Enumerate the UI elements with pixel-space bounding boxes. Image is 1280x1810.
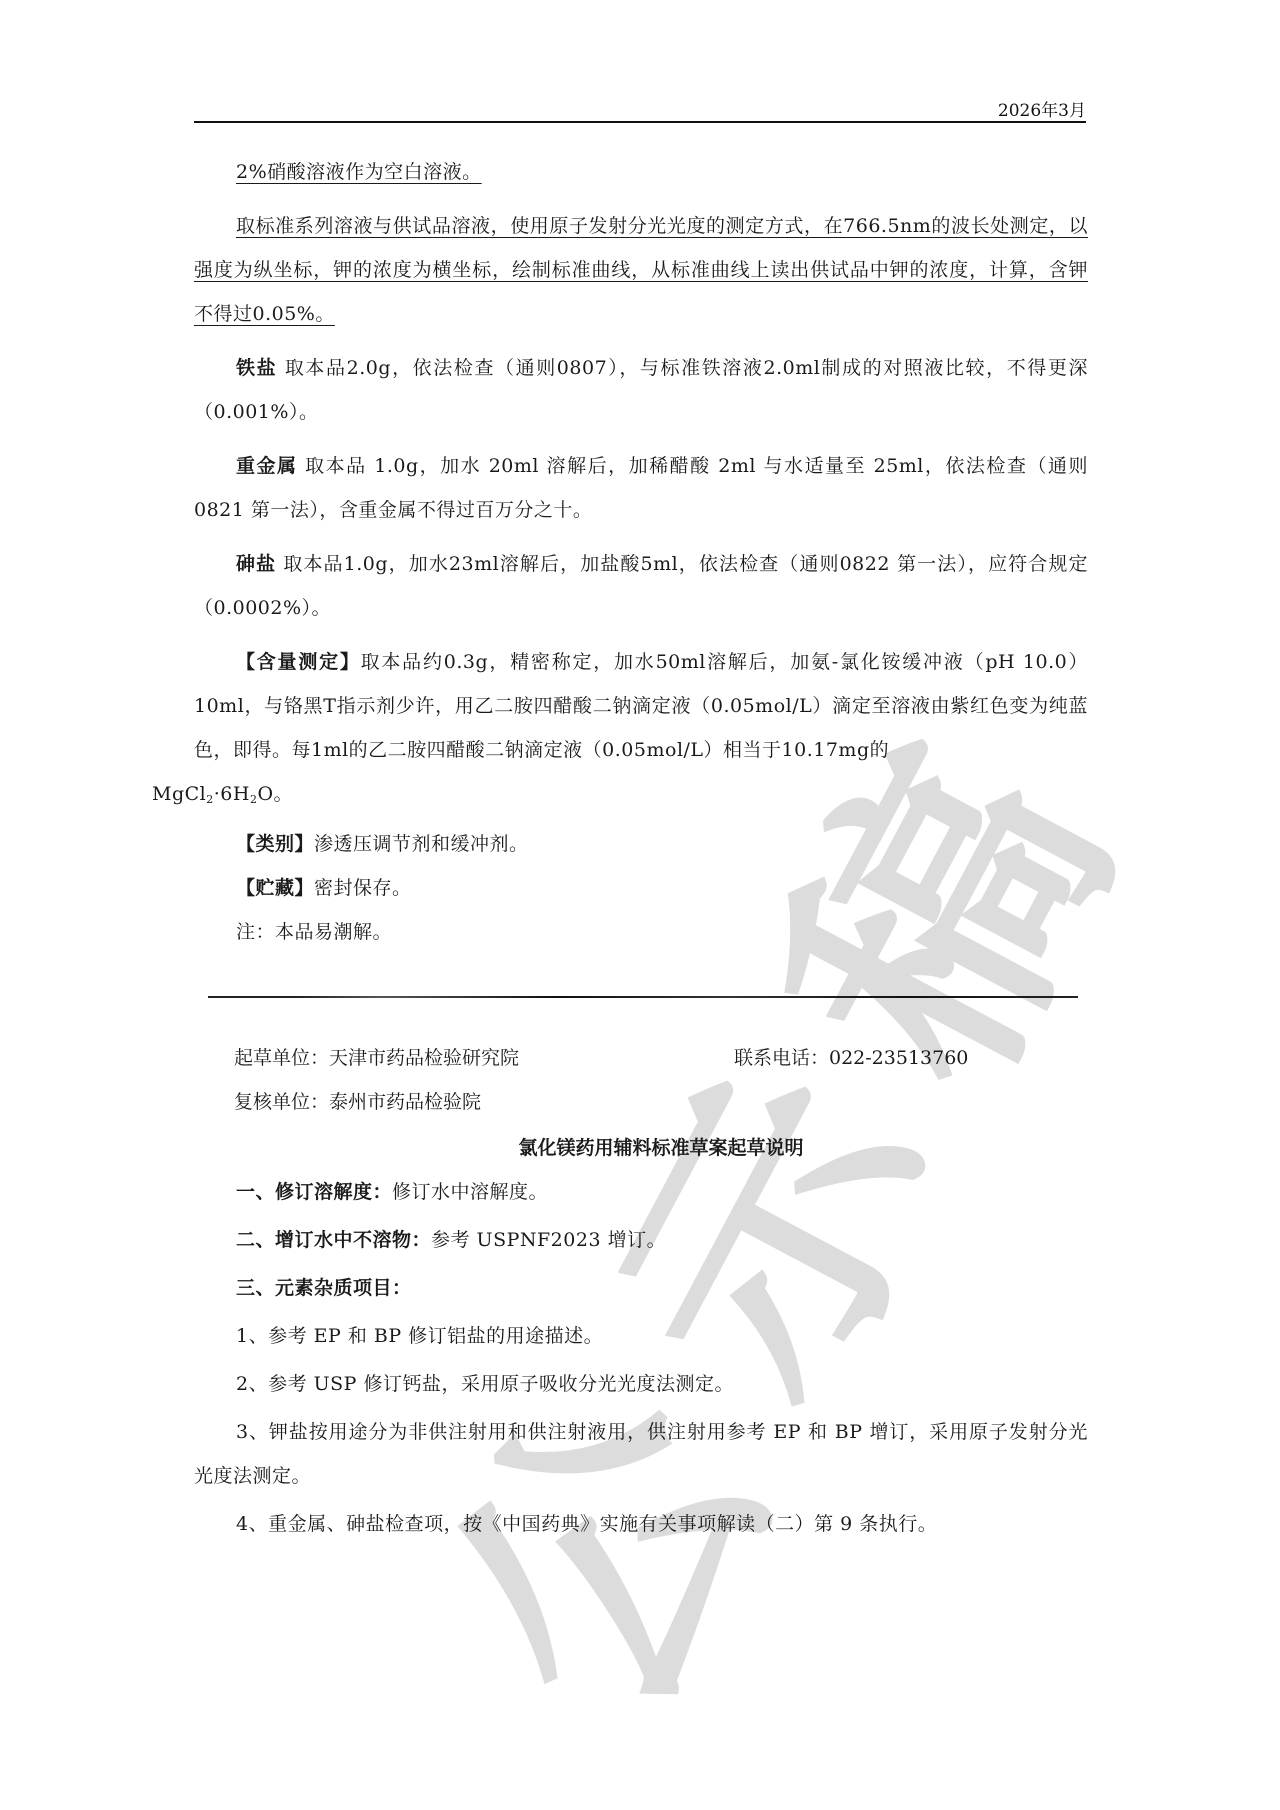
assay-formula: MgCl2·6H2O。 — [152, 772, 293, 822]
storage-text: 密封保存。 — [314, 877, 412, 899]
drafter-row: 起草单位：天津市药品检验研究院 联系电话：022-23513760 — [234, 1036, 1094, 1080]
header-date: 2026年3月 — [998, 96, 1086, 121]
arsenic-text: 取本品1.0g，加水23ml溶解后，加盐酸5ml，依法检查（通则0822 第一法… — [194, 553, 1088, 619]
heavy-metals-text: 取本品 1.0g，加水 20ml 溶解后，加稀醋酸 2ml 与水适量至 25ml… — [194, 455, 1088, 521]
explanation-subitem: 2、参考 USP 修订钙盐，采用原子吸收分光光度法测定。 — [194, 1362, 1088, 1406]
category-text: 渗透压调节剂和缓冲剂。 — [314, 833, 529, 855]
arsenic-paragraph: 砷盐 取本品1.0g，加水23ml溶解后，加盐酸5ml，依法检查（通则0822 … — [194, 542, 1088, 630]
explanation-subitem: 4、重金属、砷盐检查项，按《中国药典》实施有关事项解读（二）第 9 条执行。 — [194, 1502, 1088, 1546]
explanation-item: 三、元素杂质项目： — [194, 1266, 1088, 1310]
reviewer-row: 复核单位：泰州市药品检验院 — [234, 1080, 1094, 1124]
document-page: 2026年3月 公示稿 2%硝酸溶液作为空白溶液。 取标准系列溶液与供试品溶液，… — [0, 0, 1280, 1810]
explanation-item: 一、修订溶解度：修订水中溶解度。 — [194, 1170, 1088, 1214]
note-paragraph: 注：本品易潮解。 — [194, 910, 1088, 954]
section-divider — [208, 996, 1078, 998]
drafter-unit: 起草单位：天津市药品检验研究院 — [234, 1047, 519, 1069]
assay-label: 【含量测定】 — [236, 651, 361, 673]
explanation-subitem: 1、参考 EP 和 BP 修订铝盐的用途描述。 — [194, 1314, 1088, 1358]
note-text: 注：本品易潮解。 — [236, 921, 392, 943]
potassium-method-paragraph: 取标准系列溶液与供试品溶液，使用原子发射分光光度的测定方式，在766.5nm的波… — [194, 204, 1088, 336]
iron-salt-paragraph: 铁盐 取本品2.0g，依法检查（通则0807），与标准铁溶液2.0ml制成的对照… — [194, 346, 1088, 434]
iron-salt-text: 取本品2.0g，依法检查（通则0807），与标准铁溶液2.0ml制成的对照液比较… — [194, 357, 1088, 423]
reviewer-unit: 复核单位：泰州市药品检验院 — [234, 1091, 481, 1113]
storage-paragraph: 【贮藏】密封保存。 — [194, 866, 1088, 910]
category-paragraph: 【类别】渗透压调节剂和缓冲剂。 — [194, 822, 1088, 866]
contact-block: 起草单位：天津市药品检验研究院 联系电话：022-23513760 复核单位：泰… — [234, 1036, 1094, 1124]
heavy-metals-label: 重金属 — [236, 455, 298, 477]
heavy-metals-paragraph: 重金属 取本品 1.0g，加水 20ml 溶解后，加稀醋酸 2ml 与水适量至 … — [194, 444, 1088, 532]
blank-solution-text: 2%硝酸溶液作为空白溶液。 — [236, 161, 482, 183]
header-rule — [194, 121, 1086, 123]
category-label: 【类别】 — [236, 833, 314, 855]
potassium-method-text: 取标准系列溶液与供试品溶液，使用原子发射分光光度的测定方式，在766.5nm的波… — [194, 215, 1088, 325]
explanation-title: 氯化镁药用辅料标准草案起草说明 — [234, 1126, 1088, 1170]
standard-body: 2%硝酸溶液作为空白溶液。 取标准系列溶液与供试品溶液，使用原子发射分光光度的测… — [194, 150, 1088, 954]
assay-paragraph: 【含量测定】取本品约0.3g，精密称定，加水50ml溶解后，加氨-氯化铵缓冲液（… — [194, 640, 1088, 822]
contact-phone: 联系电话：022-23513760 — [734, 1036, 968, 1080]
storage-label: 【贮藏】 — [236, 877, 314, 899]
blank-solution-paragraph: 2%硝酸溶液作为空白溶液。 — [194, 150, 1088, 194]
explanation-item: 二、增订水中不溶物：参考 USPNF2023 增订。 — [194, 1218, 1088, 1262]
arsenic-label: 砷盐 — [236, 553, 276, 575]
drafting-explanation: 氯化镁药用辅料标准草案起草说明 一、修订溶解度：修订水中溶解度。 二、增订水中不… — [194, 1126, 1088, 1546]
explanation-subitem: 3、钾盐按用途分为非供注射用和供注射液用，供注射用参考 EP 和 BP 增订，采… — [194, 1410, 1088, 1498]
iron-salt-label: 铁盐 — [236, 357, 277, 379]
